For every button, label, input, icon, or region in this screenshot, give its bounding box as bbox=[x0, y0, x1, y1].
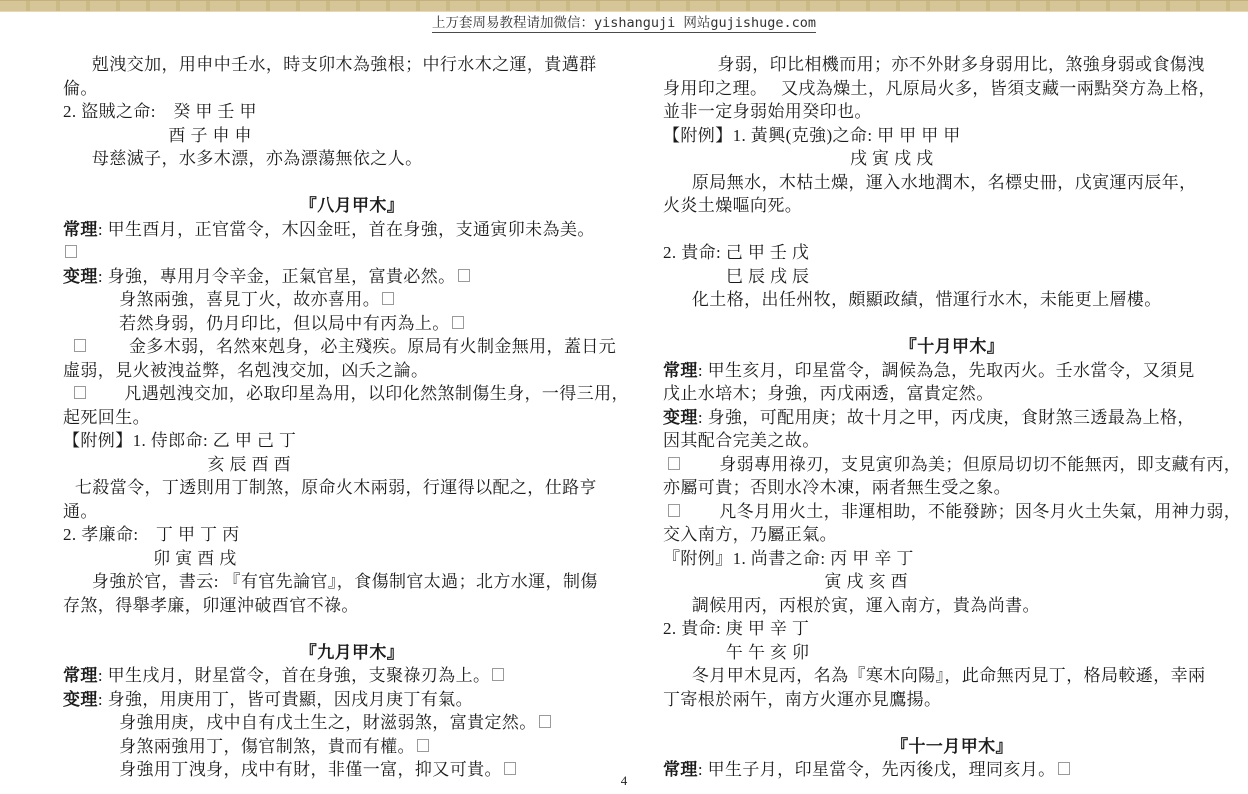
text-line: 倫。 bbox=[63, 77, 641, 101]
text-line: 化土格，出任州牧，頗顯政績，惜運行水木，未能更上層樓。 bbox=[663, 288, 1241, 312]
text-line: 七殺當令，丁透則用丁制煞，原命火木兩弱，行運得以配之，仕路亨 bbox=[63, 476, 641, 500]
text-line: 身強用庚，戌中自有戊土生之，財滋弱煞，富貴定然。 bbox=[63, 711, 641, 735]
missing-glyph-box bbox=[539, 715, 551, 728]
text-line: 因其配合完美之故。 bbox=[663, 429, 1241, 453]
document-page: { "page": { "header": { "promo_text": "上… bbox=[0, 0, 1248, 794]
promo-header-text: 上万套周易教程请加微信：yishanguji 网站gujishuge.com bbox=[432, 15, 816, 33]
text-line: 变理: 身強，專用月令辛金，正氣官星，富貴必然。 bbox=[63, 265, 641, 289]
text-line: 巳 辰 戌 辰 bbox=[663, 265, 1241, 289]
text-line: 2. 貴命: 庚 甲 辛 丁 bbox=[663, 617, 1241, 641]
blank-line bbox=[663, 218, 1241, 242]
text-line: 剋洩交加，用申中壬水，時支卯木為強根；中行水木之運，貴邁群 bbox=[63, 53, 641, 77]
promo-header: 上万套周易教程请加微信：yishanguji 网站gujishuge.com bbox=[0, 11, 1248, 31]
text-line: 母慈滅子，水多木漂，亦為漂蕩無依之人。 bbox=[63, 147, 641, 171]
column-left: 剋洩交加，用申中壬水，時支卯木為強根；中行水木之運，貴邁群倫。2. 盜賊之命: … bbox=[63, 53, 641, 782]
text-line: 身煞兩強，喜見丁火，故亦喜用。 bbox=[63, 288, 641, 312]
missing-glyph-box bbox=[668, 504, 680, 517]
text-line: 戊止水培木；身強，丙戊兩透，富貴定然。 bbox=[663, 382, 1241, 406]
section-heading: 『十月甲木』 bbox=[663, 335, 1241, 359]
text-line: 存煞，得舉孝廉，卯運沖破酉官不祿。 bbox=[63, 594, 641, 618]
text-line: 2. 貴命: 己 甲 壬 戊 bbox=[663, 241, 1241, 265]
text-line: 『附例』1. 尚書之命: 丙 甲 辛 丁 bbox=[663, 547, 1241, 571]
page-number: 4 bbox=[0, 773, 1248, 789]
text-line: 2. 盜賊之命: 癸 甲 壬 甲 bbox=[63, 100, 641, 124]
text-line: 变理: 身強，用庚用丁，皆可貴顯，因戌月庚丁有氣。 bbox=[63, 688, 641, 712]
text-line: 交入南方，乃屬正氣。 bbox=[663, 523, 1241, 547]
missing-glyph-box bbox=[65, 245, 77, 258]
blank-line bbox=[63, 617, 641, 641]
text-line: 常理: 甲生戌月，財星當令，首在身強，支聚祿刃為上。 bbox=[63, 664, 641, 688]
paragraph-label: 变理 bbox=[63, 267, 98, 286]
missing-glyph-box bbox=[417, 739, 429, 752]
text-line: 調候用丙，丙根於寅，運入南方，貴為尚書。 bbox=[663, 594, 1241, 618]
blank-line bbox=[663, 312, 1241, 336]
paragraph-label: 常理 bbox=[63, 666, 98, 685]
missing-glyph-box bbox=[74, 339, 86, 352]
text-line: 酉 子 申 申 bbox=[63, 124, 641, 148]
paragraph-label: 变理 bbox=[63, 690, 98, 709]
text-line: 凡冬月用火土，非運相助，不能發跡；因冬月火土失氣，用神力弱， bbox=[663, 500, 1241, 524]
paragraph-label: 常理 bbox=[663, 361, 698, 380]
text-line: 寅 戌 亥 酉 bbox=[663, 570, 1241, 594]
text-line: 午 午 亥 卯 bbox=[663, 641, 1241, 665]
missing-glyph-box bbox=[74, 386, 86, 399]
missing-glyph-box bbox=[452, 316, 464, 329]
missing-glyph-box bbox=[382, 292, 394, 305]
text-line: 卯 寅 酉 戌 bbox=[63, 547, 641, 571]
text-line: 虛弱，見火被洩益弊，名剋洩交加，凶夭之論。 bbox=[63, 359, 641, 383]
text-line: 若然身弱，仍月印比，但以局中有丙為上。 bbox=[63, 312, 641, 336]
text-line: 2. 孝廉命: 丁 甲 丁 丙 bbox=[63, 523, 641, 547]
text-line: 身弱專用祿刃，支見寅卯為美；但原局切切不能無丙，即支藏有丙， bbox=[663, 453, 1241, 477]
paragraph-label: 常理 bbox=[63, 220, 98, 239]
text-line: 金多木弱，名然來剋身，必主殘疾。原局有火制金無用，蓋日元 bbox=[63, 335, 641, 359]
text-line: 凡遇剋洩交加，必取印星為用，以印化然煞制傷生身，一得三用， bbox=[63, 382, 641, 406]
text-line: 亦屬可貴；否則水冷木凍，兩者無生受之象。 bbox=[663, 476, 1241, 500]
missing-glyph-box bbox=[492, 668, 504, 681]
text-line: 常理: 甲生酉月，正官當令，木囚金旺，首在身強，支通寅卯未為美。 bbox=[63, 218, 641, 242]
paragraph-label: 变理 bbox=[663, 408, 698, 427]
text-line: 常理: 甲生亥月，印星當令，調候為急，先取丙火。壬水當令，又須見 bbox=[663, 359, 1241, 383]
missing-glyph-box bbox=[458, 269, 470, 282]
text-line: 【附例】1. 侍郎命: 乙 甲 己 丁 bbox=[63, 429, 641, 453]
text-line: 冬月甲木見丙，名為『寒木向陽』，此命無丙見丁，格局較遜，幸兩 bbox=[663, 664, 1241, 688]
blank-line bbox=[663, 711, 1241, 735]
missing-glyph-box bbox=[668, 457, 680, 470]
text-line: 变理: 身強，可配用庚；故十月之甲，丙戊庚，食財煞三透最為上格， bbox=[663, 406, 1241, 430]
text-line bbox=[63, 241, 641, 265]
text-line: 並非一定身弱始用癸印也。 bbox=[663, 100, 1241, 124]
text-line: 通。 bbox=[63, 500, 641, 524]
text-line: 丁寄根於兩午，南方火運亦見鷹揚。 bbox=[663, 688, 1241, 712]
text-line: 身用印之理。 又戌為燥土，凡原局火多，皆須支藏一兩點癸方為上格， bbox=[663, 77, 1241, 101]
text-line: 亥 辰 酉 酉 bbox=[63, 453, 641, 477]
column-right: 身弱，印比相機而用；亦不外財多身弱用比，煞強身弱或食傷洩身用印之理。 又戌為燥土… bbox=[663, 53, 1241, 782]
text-line: 火炎土燥嘔向死。 bbox=[663, 194, 1241, 218]
section-heading: 『十一月甲木』 bbox=[663, 735, 1241, 759]
text-line: 戌 寅 戌 戌 bbox=[663, 147, 1241, 171]
text-line: 身強於官，書云: 『有官先論官』，食傷制官太過；北方水運，制傷 bbox=[63, 570, 641, 594]
section-heading: 『九月甲木』 bbox=[63, 641, 641, 665]
section-heading: 『八月甲木』 bbox=[63, 194, 641, 218]
blank-line bbox=[63, 171, 641, 195]
text-line: 身煞兩強用丁，傷官制煞，貴而有權。 bbox=[63, 735, 641, 759]
text-line: 身弱，印比相機而用；亦不外財多身弱用比，煞強身弱或食傷洩 bbox=[663, 53, 1241, 77]
text-line: 起死回生。 bbox=[63, 406, 641, 430]
text-line: 【附例】1. 黃興(克強)之命: 甲 甲 甲 甲 bbox=[663, 124, 1241, 148]
text-line: 原局無水，木枯土燥，運入水地潤木，名標史冊，戊寅運丙辰年， bbox=[663, 171, 1241, 195]
